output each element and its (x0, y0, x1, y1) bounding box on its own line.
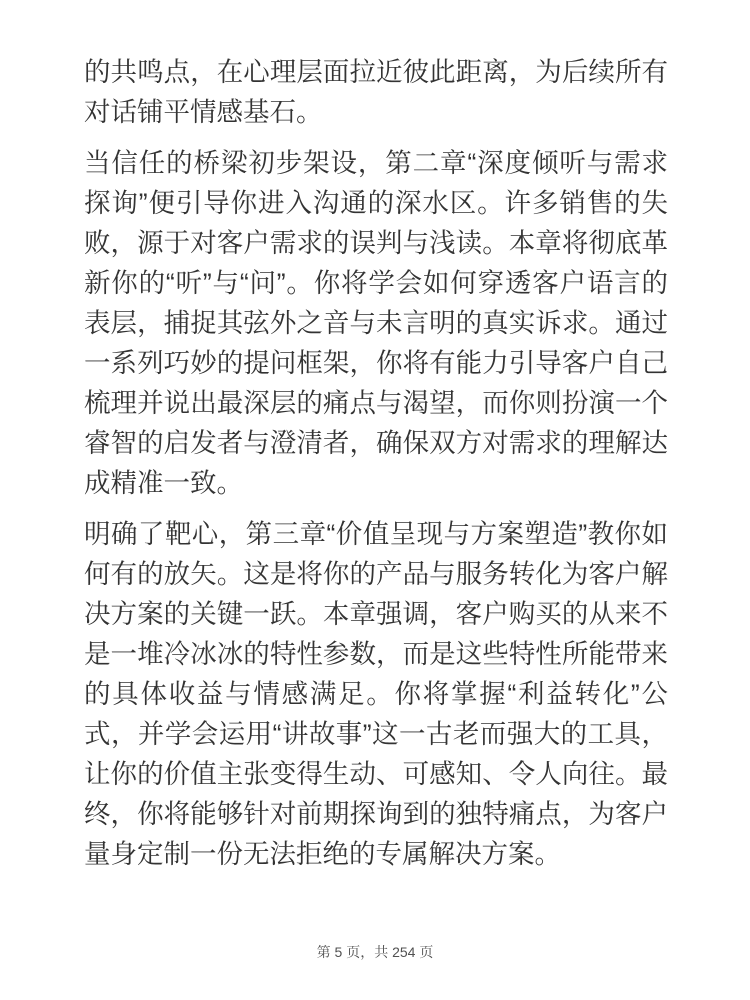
page-body-text: 的共鸣点，在心理层面拉近彼此距离，为后续所有对话铺平情感基石。 当信任的桥梁初步… (84, 52, 668, 885)
paragraph-3: 明确了靶心，第三章“价值呈现与方案塑造”教你如何有的放矢。这是将你的产品与服务转… (84, 514, 668, 874)
paragraph-1: 的共鸣点，在心理层面拉近彼此距离，为后续所有对话铺平情感基石。 (84, 52, 668, 132)
page-number-indicator: 第 5 页，共 254 页 (0, 943, 750, 961)
document-page: 的共鸣点，在心理层面拉近彼此距离，为后续所有对话铺平情感基石。 当信任的桥梁初步… (0, 0, 750, 1000)
paragraph-2: 当信任的桥梁初步架设，第二章“深度倾听与需求探询”便引导你进入沟通的深水区。许多… (84, 143, 668, 503)
